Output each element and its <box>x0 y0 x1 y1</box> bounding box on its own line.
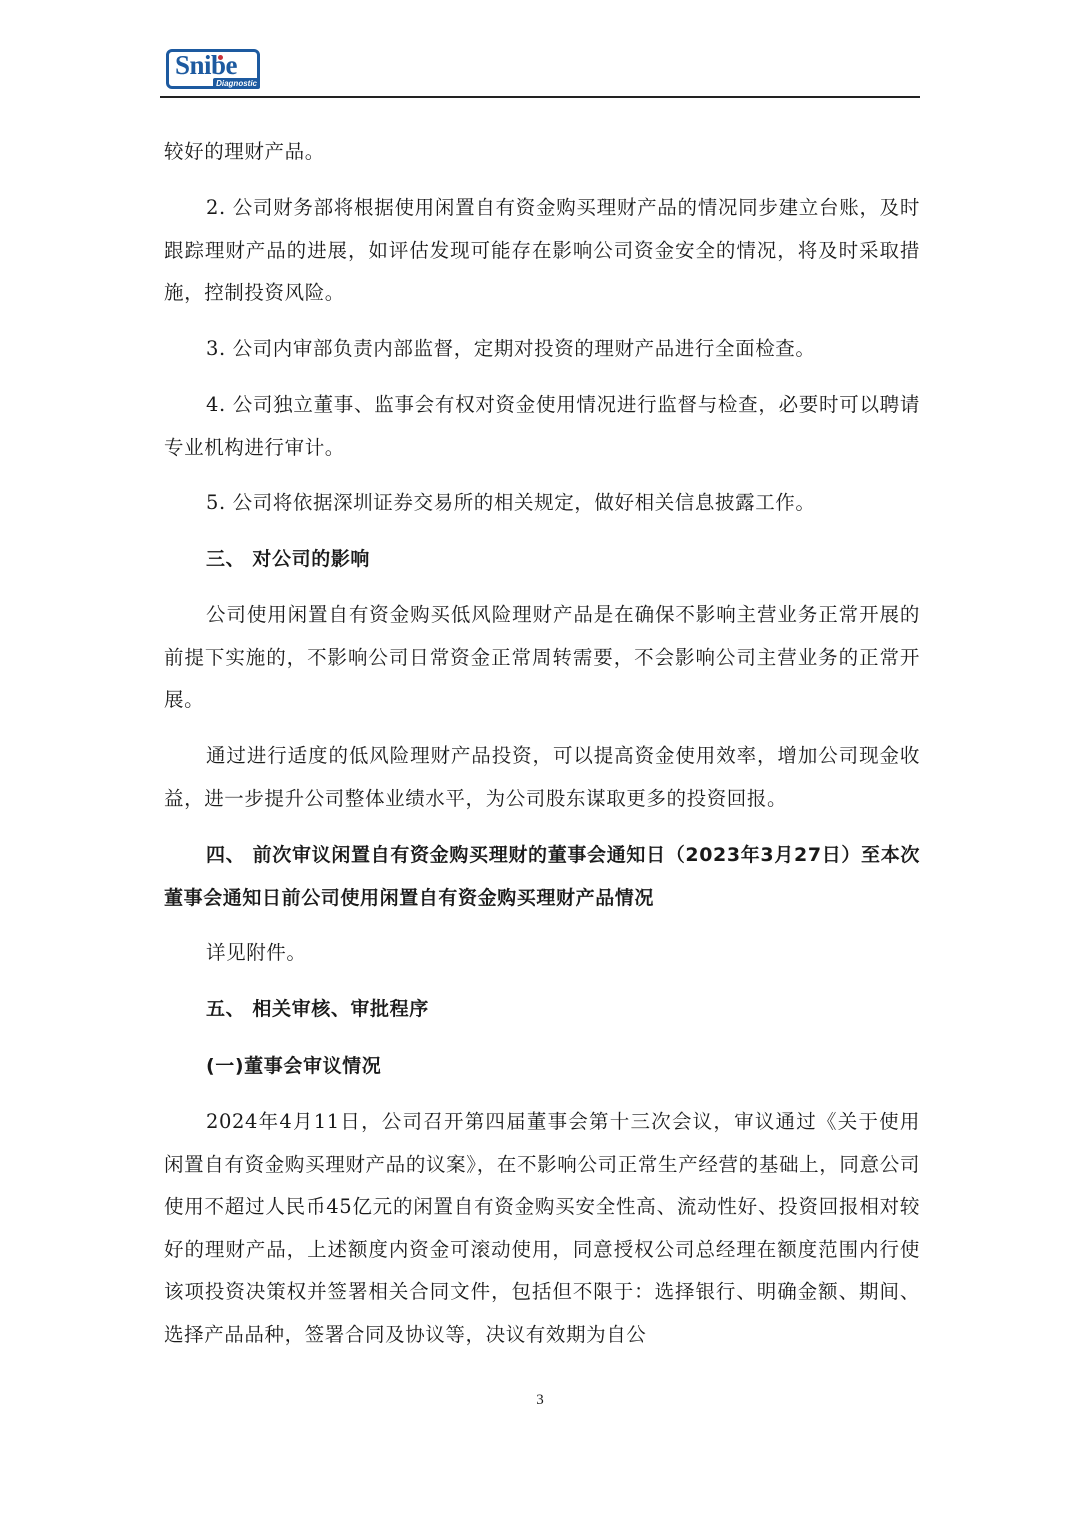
header-divider <box>160 96 920 98</box>
section-heading-4: 四、 前次审议闲置自有资金购买理财的董事会通知日（2023年3月27日）至本次董… <box>164 834 920 919</box>
logo-dot-icon <box>218 55 223 60</box>
logo-tagline: Diagnostic <box>213 78 260 89</box>
paragraph-impact-1: 公司使用闲置自有资金购买低风险理财产品是在确保不影响主营业务正常开展的前提下实施… <box>164 594 920 722</box>
section-heading-5: 五、 相关审核、审批程序 <box>164 988 920 1031</box>
logo-brand: Snibe <box>175 50 237 81</box>
paragraph-impact-2: 通过进行适度的低风险理财产品投资，可以提高资金使用效率，增加公司现金收益，进一步… <box>164 735 920 820</box>
page-number: 3 <box>0 1392 1080 1409</box>
paragraph-board-review: 2024年4月11日，公司召开第四届董事会第十三次会议，审议通过《关于使用闲置自… <box>164 1101 920 1356</box>
paragraph-item-4: 4. 公司独立董事、监事会有权对资金使用情况进行监督与检查，必要时可以聘请专业机… <box>164 384 920 469</box>
paragraph-continued: 较好的理财产品。 <box>164 131 920 174</box>
company-logo: Snibe Diagnostic <box>166 49 260 89</box>
paragraph-item-5: 5. 公司将依据深圳证券交易所的相关规定，做好相关信息披露工作。 <box>164 482 920 525</box>
paragraph-item-3: 3. 公司内审部负责内部监督，定期对投资的理财产品进行全面检查。 <box>164 328 920 371</box>
section-heading-3: 三、 对公司的影响 <box>164 538 920 581</box>
subsection-heading-board: (一)董事会审议情况 <box>164 1045 920 1088</box>
paragraph-item-2: 2. 公司财务部将根据使用闲置自有资金购买理财产品的情况同步建立台账，及时跟踪理… <box>164 187 920 315</box>
paragraph-see-attachment: 详见附件。 <box>164 932 920 975</box>
